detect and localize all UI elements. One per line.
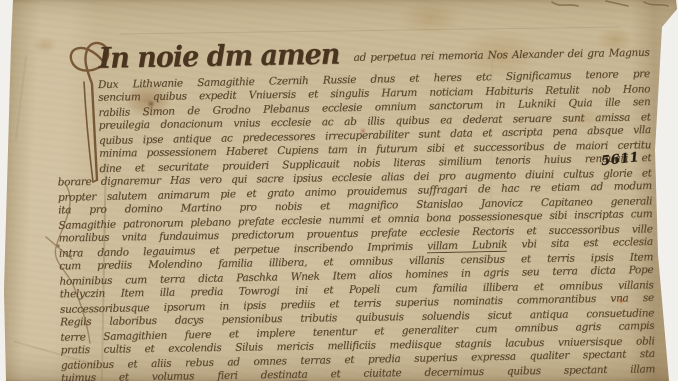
document-heading-continuation: ad perpetua rei memoria Nos Alexander de…	[353, 47, 649, 64]
line-text: vbi sita est ecclesia	[507, 236, 653, 251]
manuscript-lines: Dux Lithwanie Samagithie Czernih Russie …	[0, 0, 674, 1]
manuscript-photo: In noie dm amen ad perpetua rei memoria …	[0, 0, 678, 381]
parchment-sheet: In noie dm amen ad perpetua rei memoria …	[0, 0, 678, 381]
document-heading: In noie dm amen	[98, 38, 339, 75]
line-text: tuimus et volumus	[61, 370, 217, 381]
manuscript-text: In noie dm amen ad perpetua rei memoria …	[0, 0, 678, 381]
underlined-phrase: villam Lubnik	[427, 239, 507, 254]
underlined-phrase: fieri destinata	[217, 369, 307, 381]
